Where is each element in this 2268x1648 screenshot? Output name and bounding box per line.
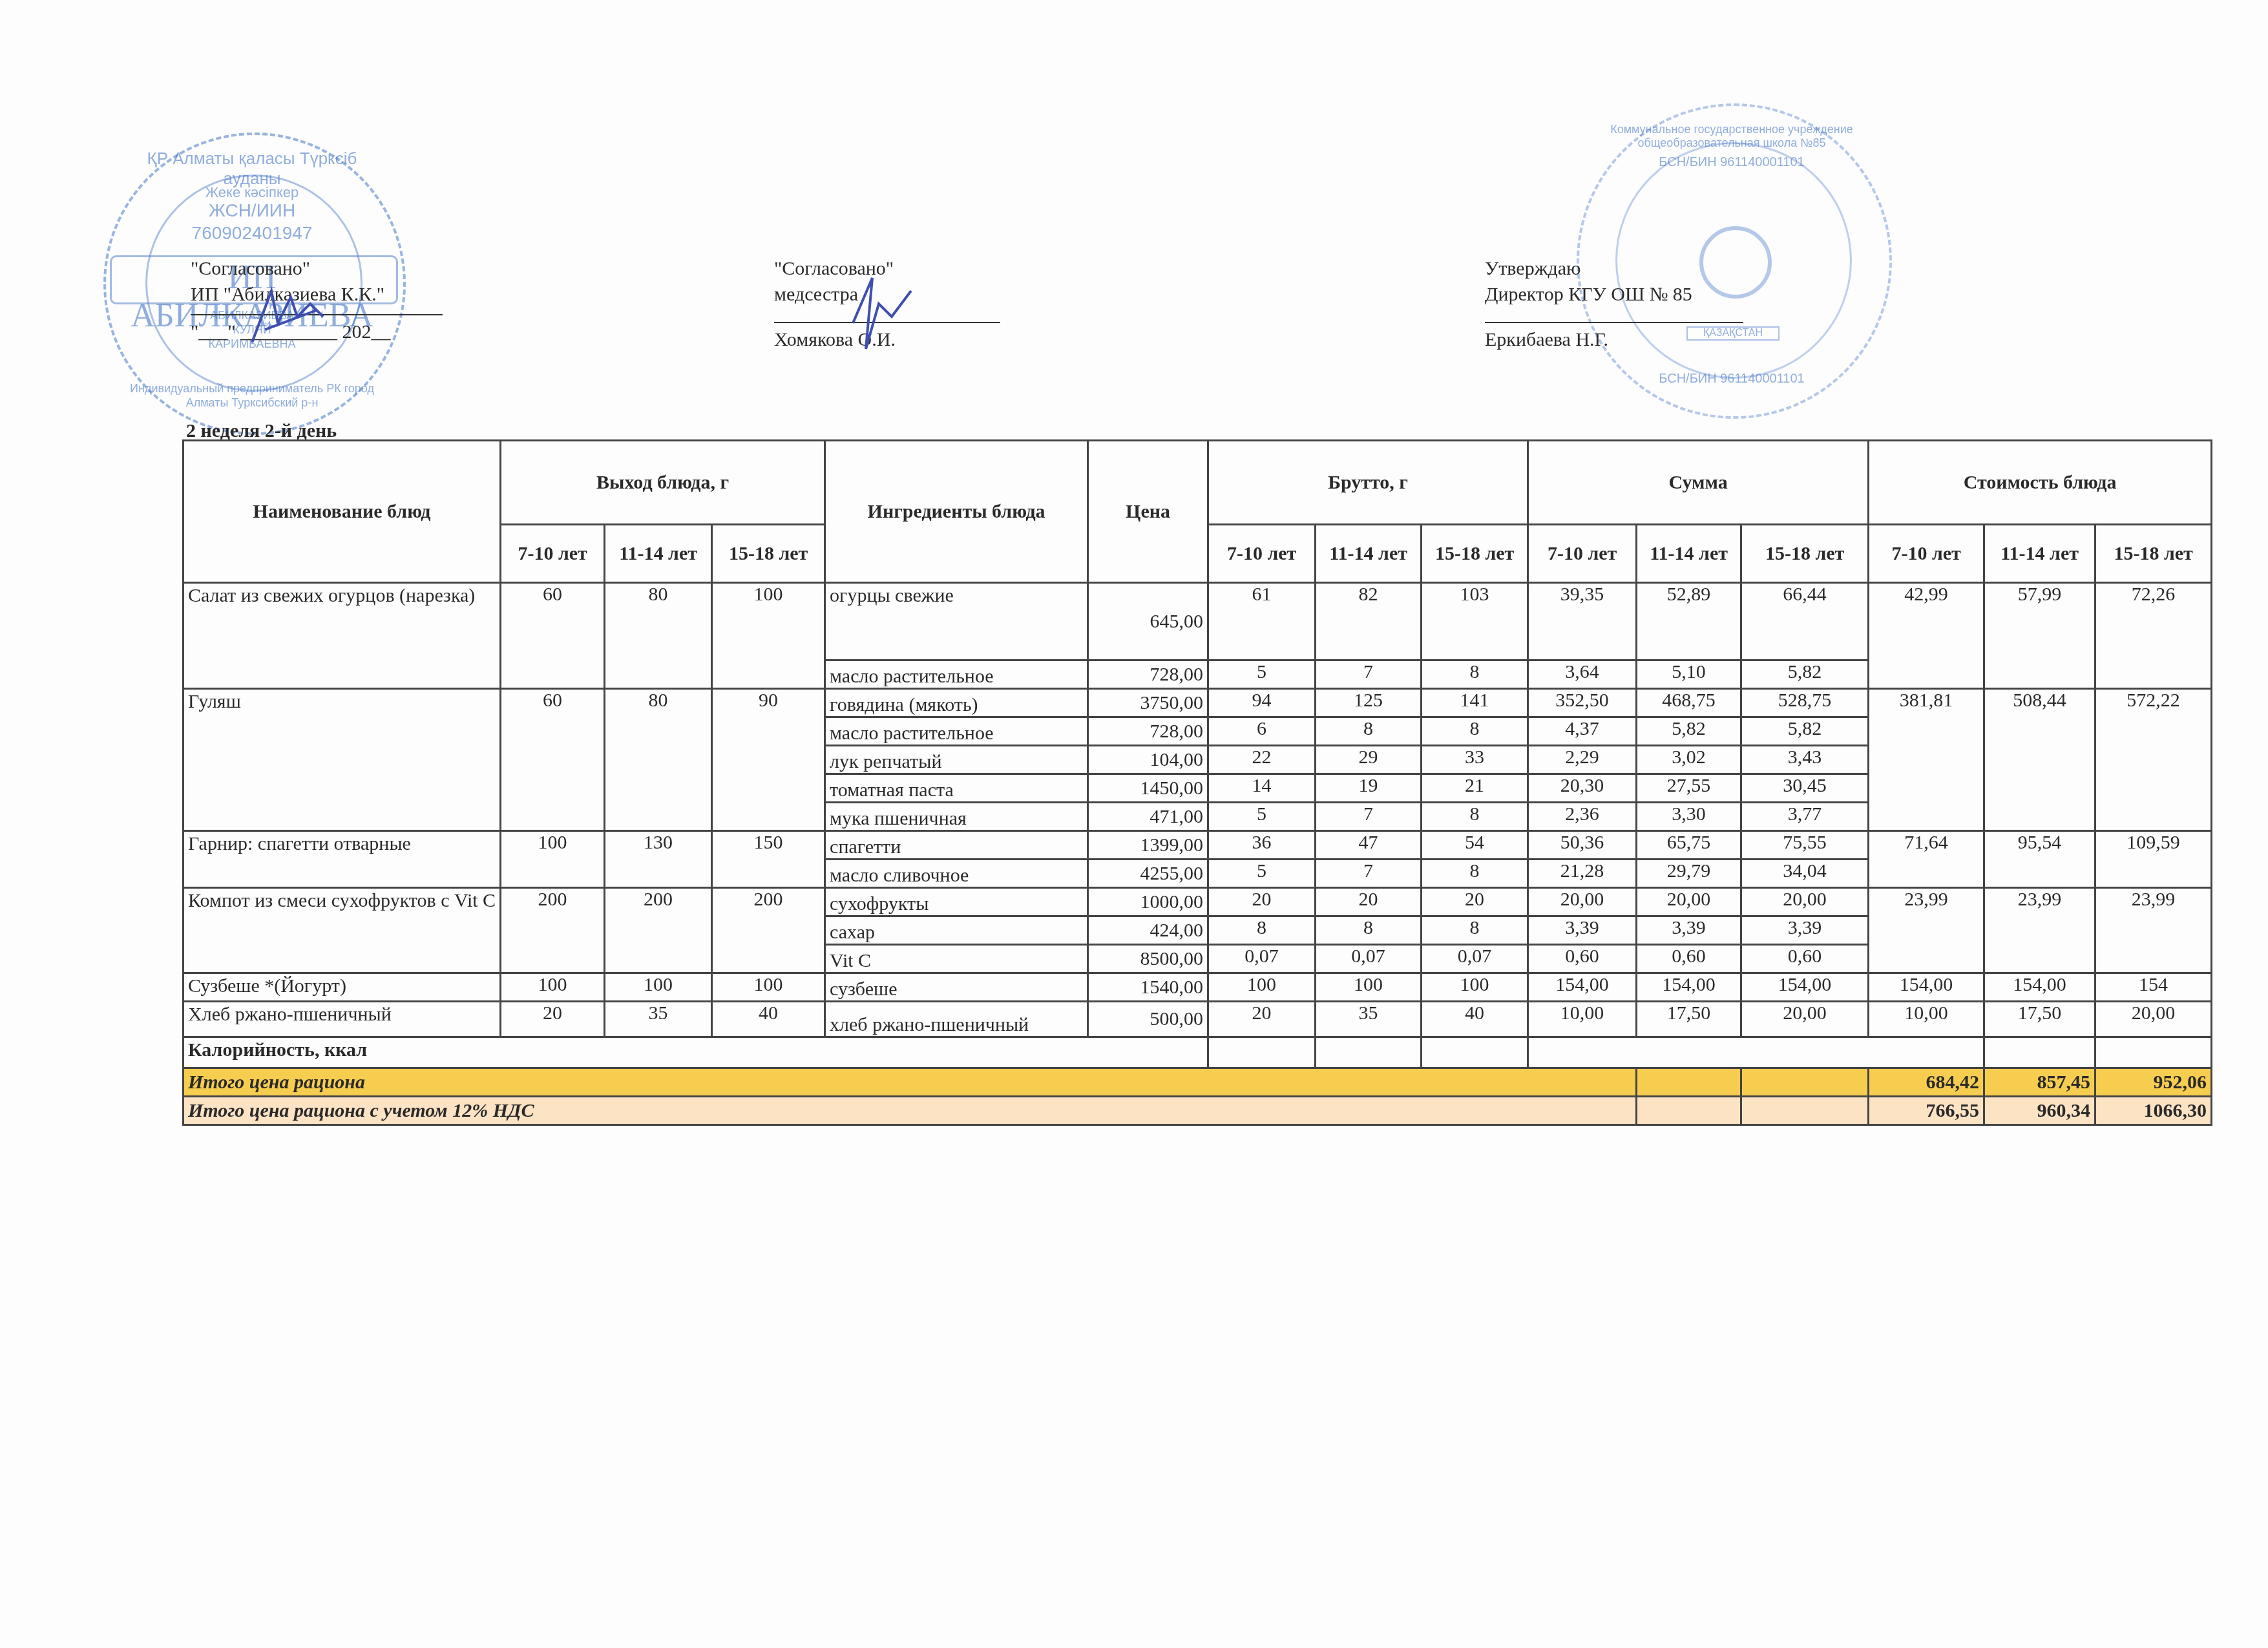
ingredient-sum: 4,37: [1528, 717, 1637, 746]
dish-yield: 80: [605, 689, 712, 831]
total-vat-row: Итого цена рациона с учетом 12% НДС766,5…: [184, 1097, 2212, 1125]
header-cost-age-1: 11-14 лет: [1984, 525, 2095, 583]
total-blank-1: [1637, 1068, 1741, 1097]
ingredient-sum: 17,50: [1637, 1002, 1741, 1037]
dish-cost: 20,00: [2095, 1002, 2212, 1037]
ingredient-sum: 352,50: [1528, 689, 1637, 717]
ingredient-brutto: 8: [1422, 717, 1528, 746]
calories-cell-15-18: [1422, 1037, 1528, 1068]
ingredient-brutto: 7: [1316, 803, 1422, 831]
dish-cost: 381,81: [1869, 689, 1984, 831]
ingredient-brutto: 103: [1422, 583, 1528, 660]
ingredient-price: 728,00: [1088, 717, 1208, 746]
calories-cell-11-14: [1316, 1037, 1422, 1068]
header-cost-age-0: 7-10 лет: [1869, 525, 1984, 583]
dish-cost: 72,26: [2095, 583, 2212, 689]
ingredient-brutto: 20: [1208, 1002, 1316, 1037]
dish-cost: 154,00: [1869, 973, 1984, 1002]
header-cost: Стоимость блюда: [1869, 441, 2212, 525]
ingredient-brutto: 100: [1422, 973, 1528, 1002]
ingredient-brutto: 21: [1422, 774, 1528, 803]
ingredient-sum: 50,36: [1528, 831, 1637, 860]
calories-cell-cost-15-18: [2095, 1037, 2212, 1068]
ingredient-sum: 5,82: [1741, 717, 1869, 746]
ingredient-sum: 0,60: [1741, 945, 1869, 973]
ingredient-brutto: 8: [1422, 916, 1528, 945]
total-value: 952,06: [2095, 1068, 2212, 1097]
dish-yield: 20: [501, 1002, 605, 1037]
ingredient-brutto: 40: [1422, 1002, 1528, 1037]
table-row: Салат из свежих огурцов (нарезка)6080100…: [184, 583, 2212, 660]
calories-cell-blank: [1528, 1037, 1984, 1068]
table-row: Гарнир: спагетти отварные100130150спагет…: [184, 831, 2212, 860]
header-yield: Выход блюда, г: [501, 441, 825, 525]
dish-cost: 42,99: [1869, 583, 1984, 689]
ingredient-sum: 3,77: [1741, 803, 1869, 831]
ingredient-price: 728,00: [1088, 660, 1208, 689]
ingredient-name: сахар: [825, 916, 1088, 945]
dish-cost: 508,44: [1984, 689, 2095, 831]
signature-ip: [246, 284, 330, 349]
ingredient-name: лук репчатый: [825, 746, 1088, 774]
ingredient-sum: 2,29: [1528, 746, 1637, 774]
ingredient-brutto: 61: [1208, 583, 1316, 660]
calories-label: Калорийность, ккал: [184, 1037, 1208, 1068]
ingredient-brutto: 14: [1208, 774, 1316, 803]
ingredient-brutto: 94: [1208, 689, 1316, 717]
ingredient-brutto: 5: [1208, 860, 1316, 888]
header-brutto-age-0: 7-10 лет: [1208, 525, 1316, 583]
ingredient-brutto: 7: [1316, 660, 1422, 689]
approval-right-name: Еркибаева Н.Г.: [1485, 327, 1743, 353]
dish-cost: 154: [2095, 973, 2212, 1002]
total_vat-blank-1: [1637, 1097, 1741, 1125]
dish-yield: 200: [605, 888, 712, 973]
ingredient-sum: 34,04: [1741, 860, 1869, 888]
header-sum-age-0: 7-10 лет: [1528, 525, 1637, 583]
total-value: 684,42: [1869, 1068, 1984, 1097]
menu-cost-table: Наименование блюд Выход блюда, г Ингреди…: [182, 439, 2212, 1126]
ingredient-sum: 66,44: [1741, 583, 1869, 660]
header-sum-age-2: 15-18 лет: [1741, 525, 1869, 583]
ingredient-sum: 154,00: [1741, 973, 1869, 1002]
ingredient-price: 1540,00: [1088, 973, 1208, 1002]
ingredient-name: хлеб ржано-пшеничный: [825, 1002, 1088, 1037]
ingredient-sum: 154,00: [1528, 973, 1637, 1002]
header-sum: Сумма: [1528, 441, 1869, 525]
ingredient-sum: 5,10: [1637, 660, 1741, 689]
ingredient-sum: 20,00: [1741, 1002, 1869, 1037]
menu-day-title: 2 неделя 2-й день: [186, 420, 337, 442]
ingredient-brutto: 47: [1316, 831, 1422, 860]
stamp-ip-outer-text: ҚР Алматы қаласы Түрксіб ауданы: [129, 149, 375, 189]
header-dish-name: Наименование блюд: [184, 441, 501, 583]
ingredient-sum: 3,39: [1637, 916, 1741, 945]
ingredient-sum: 528,75: [1741, 689, 1869, 717]
dish-cost: 572,22: [2095, 689, 2212, 831]
ingredient-sum: 5,82: [1637, 717, 1741, 746]
ingredient-brutto: 8: [1422, 660, 1528, 689]
ingredient-brutto: 141: [1422, 689, 1528, 717]
ingredient-sum: 3,64: [1528, 660, 1637, 689]
ingredient-brutto: 7: [1316, 860, 1422, 888]
total_vat-value: 766,55: [1869, 1097, 1984, 1125]
ingredient-name: говядина (мякоть): [825, 689, 1088, 717]
ingredient-brutto: 0,07: [1316, 945, 1422, 973]
ingredient-sum: 52,89: [1637, 583, 1741, 660]
ingredient-name: томатная паста: [825, 774, 1088, 803]
ingredient-sum: 0,60: [1528, 945, 1637, 973]
ingredient-name: масло сливочное: [825, 860, 1088, 888]
signature-nurse: [840, 265, 924, 362]
ingredient-price: 1000,00: [1088, 888, 1208, 916]
header-cost-age-2: 15-18 лет: [2095, 525, 2212, 583]
header-yield-age-1: 11-14 лет: [605, 525, 712, 583]
ingredient-sum: 30,45: [1741, 774, 1869, 803]
table-row: Гуляш608090говядина (мякоть)3750,0094125…: [184, 689, 2212, 717]
ingredient-brutto: 125: [1316, 689, 1422, 717]
ingredient-brutto: 20: [1316, 888, 1422, 916]
dish-yield: 200: [501, 888, 605, 973]
table-row: Хлеб ржано-пшеничный203540хлеб ржано-пше…: [184, 1002, 2212, 1037]
ingredient-brutto: 35: [1316, 1002, 1422, 1037]
ingredient-brutto: 8: [1316, 916, 1422, 945]
calories-cell-7-10: [1208, 1037, 1316, 1068]
ingredient-sum: 468,75: [1637, 689, 1741, 717]
dish-name: Салат из свежих огурцов (нарезка): [184, 583, 501, 689]
stamp-school-bin: БСН/БИН 961140001101: [1628, 155, 1835, 170]
dish-yield: 60: [501, 583, 605, 689]
ingredient-sum: 3,39: [1741, 916, 1869, 945]
stamp-ip-line2: ЖСН/ИИН: [155, 200, 349, 221]
dish-cost: 57,99: [1984, 583, 2095, 689]
ingredient-name: масло растительное: [825, 660, 1088, 689]
ingredient-price: 424,00: [1088, 916, 1208, 945]
ingredient-name: спагетти: [825, 831, 1088, 860]
dish-yield: 200: [712, 888, 825, 973]
total_vat-label: Итого цена рациона с учетом 12% НДС: [184, 1097, 1637, 1125]
dish-yield: 150: [712, 831, 825, 888]
dish-yield: 80: [605, 583, 712, 689]
dish-cost: 17,50: [1984, 1002, 2095, 1037]
ingredient-name: сузбеше: [825, 973, 1088, 1002]
ingredient-name: масло растительное: [825, 717, 1088, 746]
ingredient-price: 4255,00: [1088, 860, 1208, 888]
total-blank-2: [1741, 1068, 1869, 1097]
ingredient-brutto: 100: [1208, 973, 1316, 1002]
ingredient-sum: 39,35: [1528, 583, 1637, 660]
ingredient-brutto: 33: [1422, 746, 1528, 774]
header-brutto-age-2: 15-18 лет: [1422, 525, 1528, 583]
total_vat-blank-2: [1741, 1097, 1869, 1125]
dish-cost: 23,99: [1869, 888, 1984, 973]
ingredient-brutto: 8: [1422, 803, 1528, 831]
ingredient-sum: 2,36: [1528, 803, 1637, 831]
total_vat-value: 1066,30: [2095, 1097, 2212, 1125]
ingredient-brutto: 0,07: [1422, 945, 1528, 973]
ingredient-sum: 29,79: [1637, 860, 1741, 888]
calories-row: Калорийность, ккал: [184, 1037, 2212, 1068]
dish-cost: 23,99: [2095, 888, 2212, 973]
ingredient-name: Vit C: [825, 945, 1088, 973]
dish-yield: 130: [605, 831, 712, 888]
dish-cost: 71,64: [1869, 831, 1984, 888]
header-brutto-age-1: 11-14 лет: [1316, 525, 1422, 583]
ingredient-price: 1450,00: [1088, 774, 1208, 803]
dish-name: Компот из смеси сухофруктов с Vit C: [184, 888, 501, 973]
ingredient-sum: 75,55: [1741, 831, 1869, 860]
dish-yield: 100: [501, 973, 605, 1002]
ingredient-sum: 20,30: [1528, 774, 1637, 803]
ingredient-brutto: 5: [1208, 803, 1316, 831]
dish-yield: 35: [605, 1002, 712, 1037]
ingredient-price: 3750,00: [1088, 689, 1208, 717]
approval-right-role: Директор КГУ ОШ № 85: [1485, 282, 1743, 308]
ingredient-sum: 20,00: [1637, 888, 1741, 916]
ingredient-name: мука пшеничная: [825, 803, 1088, 831]
ingredient-sum: 21,28: [1528, 860, 1637, 888]
approval-left-title: "Согласовано": [191, 256, 443, 282]
ingredient-brutto: 0,07: [1208, 945, 1316, 973]
dish-yield: 100: [712, 583, 825, 689]
ingredient-brutto: 54: [1422, 831, 1528, 860]
dish-name: Сузбеше *(Йогурт): [184, 973, 501, 1002]
dish-cost: 154,00: [1984, 973, 2095, 1002]
table-row: Сузбеше *(Йогурт)100100100сузбеше1540,00…: [184, 973, 2212, 1002]
dish-cost: 23,99: [1984, 888, 2095, 973]
calories-cell-cost-11-14: [1984, 1037, 2095, 1068]
ingredient-brutto: 8: [1422, 860, 1528, 888]
dish-cost: 95,54: [1984, 831, 2095, 888]
header-ingredients: Ингредиенты блюда: [825, 441, 1088, 583]
ingredient-name: сухофрукты: [825, 888, 1088, 916]
dish-cost: 109,59: [2095, 831, 2212, 888]
stamp-school-bin-bottom: БСН/БИН 961140001101: [1628, 372, 1835, 386]
ingredient-brutto: 5: [1208, 660, 1316, 689]
total-row: Итого цена рациона684,42857,45952,06: [184, 1068, 2212, 1097]
dish-yield: 90: [712, 689, 825, 831]
dish-name: Хлеб ржано-пшеничный: [184, 1002, 501, 1037]
ingredient-sum: 65,75: [1637, 831, 1741, 860]
ingredient-sum: 27,55: [1637, 774, 1741, 803]
ingredient-price: 8500,00: [1088, 945, 1208, 973]
table-row: Компот из смеси сухофруктов с Vit C20020…: [184, 888, 2212, 916]
ingredient-sum: 0,60: [1637, 945, 1741, 973]
ingredient-sum: 5,82: [1741, 660, 1869, 689]
ingredient-sum: 10,00: [1528, 1002, 1637, 1037]
ingredient-sum: 154,00: [1637, 973, 1741, 1002]
ingredient-sum: 3,43: [1741, 746, 1869, 774]
dish-yield: 100: [501, 831, 605, 888]
ingredient-sum: 3,39: [1528, 916, 1637, 945]
ingredient-brutto: 6: [1208, 717, 1316, 746]
ingredient-sum: 3,02: [1637, 746, 1741, 774]
approval-right-signature-line: [1485, 322, 1743, 323]
header-sum-age-1: 11-14 лет: [1637, 525, 1741, 583]
ingredient-brutto: 20: [1422, 888, 1528, 916]
total-value: 857,45: [1984, 1068, 2095, 1097]
ingredient-price: 645,00: [1088, 583, 1208, 660]
header-brutto: Брутто, г: [1208, 441, 1528, 525]
header-price: Цена: [1088, 441, 1208, 583]
header-yield-age-2: 15-18 лет: [712, 525, 825, 583]
total_vat-value: 960,34: [1984, 1097, 2095, 1125]
ingredient-price: 471,00: [1088, 803, 1208, 831]
dish-yield: 100: [605, 973, 712, 1002]
dish-yield: 60: [501, 689, 605, 831]
ingredient-sum: 20,00: [1741, 888, 1869, 916]
stamp-ip-line3: 760902401947: [155, 223, 349, 244]
ingredient-brutto: 29: [1316, 746, 1422, 774]
ingredient-price: 104,00: [1088, 746, 1208, 774]
ingredient-brutto: 22: [1208, 746, 1316, 774]
ingredient-brutto: 8: [1208, 916, 1316, 945]
ingredient-sum: 3,30: [1637, 803, 1741, 831]
dish-yield: 40: [712, 1002, 825, 1037]
dish-name: Гуляш: [184, 689, 501, 831]
header-yield-age-0: 7-10 лет: [501, 525, 605, 583]
ingredient-price: 500,00: [1088, 1002, 1208, 1037]
stamp-ip-line1: Жеке кәсіпкер: [155, 184, 349, 201]
ingredient-price: 1399,00: [1088, 831, 1208, 860]
total-label: Итого цена рациона: [184, 1068, 1637, 1097]
dish-cost: 10,00: [1869, 1002, 1984, 1037]
ingredient-name: огурцы свежие: [825, 583, 1088, 660]
stamp-school-outer-text: Коммунальное государственное учреждение …: [1596, 123, 1867, 150]
ingredient-brutto: 100: [1316, 973, 1422, 1002]
ingredient-brutto: 8: [1316, 717, 1422, 746]
approval-right-title: Утверждаю: [1485, 256, 1743, 282]
dish-yield: 100: [712, 973, 825, 1002]
ingredient-brutto: 20: [1208, 888, 1316, 916]
approval-right: Утверждаю Директор КГУ ОШ № 85 Еркибаева…: [1485, 256, 1743, 353]
ingredient-brutto: 19: [1316, 774, 1422, 803]
dish-name: Гарнир: спагетти отварные: [184, 831, 501, 888]
ingredient-brutto: 36: [1208, 831, 1316, 860]
ingredient-brutto: 82: [1316, 583, 1422, 660]
stamp-ip-outer-bottom: Индивидуальный предприниматель РК город …: [129, 381, 375, 410]
ingredient-sum: 20,00: [1528, 888, 1637, 916]
